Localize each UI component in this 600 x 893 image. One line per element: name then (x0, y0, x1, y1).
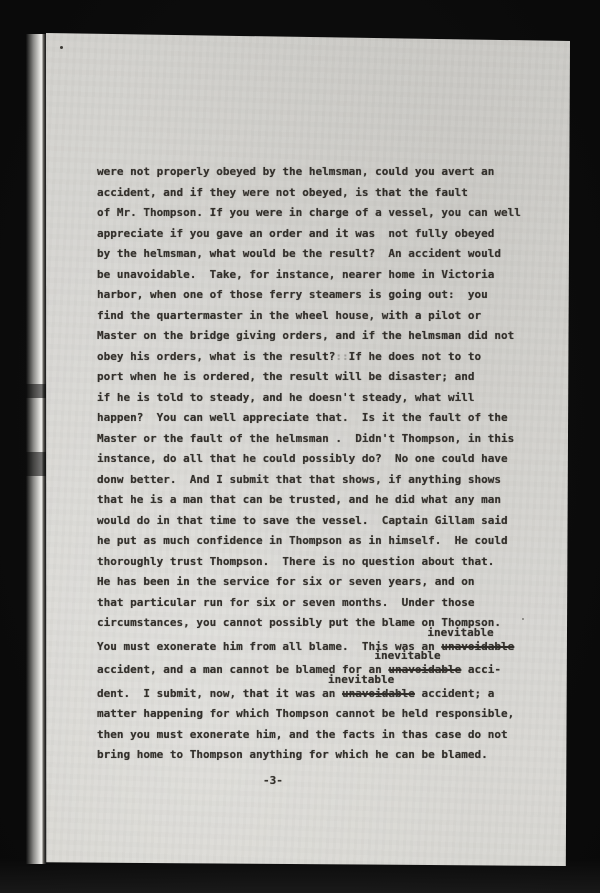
text-line: he put as much confidence in Thompson as… (97, 531, 547, 552)
inserted-word: inevitable (328, 674, 394, 685)
struck-out-word: unavoidable (388, 663, 461, 676)
text-line: bring home to Thompson anything for whic… (97, 745, 547, 766)
text-line: You must exonerate him from all blame. T… (97, 637, 547, 658)
text-line: matter happening for which Thompson cann… (97, 704, 547, 725)
text-line: accident, and a man cannot be blamed for… (97, 660, 547, 681)
text-line: thoroughly trust Thompson. There is no q… (97, 552, 547, 573)
text-line: donw better. And I submit that that show… (97, 470, 547, 491)
text-line: of Mr. Thompson. If you were in charge o… (97, 203, 547, 224)
page-number: -3- (97, 771, 547, 792)
text-segment: If he does not to to (349, 350, 481, 363)
struck-out-word: unavoidable (441, 640, 514, 653)
text-segment: obey his orders, what is the result? (97, 350, 335, 363)
film-binding-edge (26, 34, 46, 864)
text-line: accident, and if they were not obeyed, i… (97, 183, 547, 204)
microfilm-scan-frame: were not properly obeyed by the helmsman… (0, 0, 600, 893)
erased-characters: :: (335, 350, 348, 363)
text-line: appreciate if you gave an order and it w… (97, 224, 547, 245)
text-segment: acci- (461, 663, 501, 676)
text-line: Master or the fault of the helmsman . Di… (97, 429, 547, 450)
text-line: find the quartermaster in the wheel hous… (97, 306, 547, 327)
paper-speck (60, 46, 63, 49)
text-line: that he is a man that can be trusted, an… (97, 490, 547, 511)
typewritten-text-block: were not properly obeyed by the helmsman… (97, 162, 547, 791)
inserted-word: inevitable (427, 627, 493, 638)
text-line: instance, do all that he could possibly … (97, 449, 547, 470)
film-edge-notch (26, 384, 46, 398)
text-line: be unavoidable. Take, for instance, near… (97, 265, 547, 286)
text-line: then you must exonerate him, and the fac… (97, 725, 547, 746)
text-line: happen? You can well appreciate that. Is… (97, 408, 547, 429)
correction: inevitableunavoidable (388, 660, 461, 681)
document-page: were not properly obeyed by the helmsman… (46, 33, 570, 866)
text-line: were not properly obeyed by the helmsman… (97, 162, 547, 183)
struck-out-word: unavoidable (342, 687, 415, 700)
inserted-word: inevitable (374, 650, 440, 661)
text-line: port when he is ordered, the result will… (97, 367, 547, 388)
correction: inevitableunavoidable (441, 637, 514, 658)
text-line: He has been in the service for six or se… (97, 572, 547, 593)
text-line: by the helmsman, what would be the resul… (97, 244, 547, 265)
text-segment: dent. I submit, now, that it was an (97, 687, 342, 700)
correction: inevitableunavoidable (342, 684, 415, 705)
text-line: obey his orders, what is the result?::If… (97, 347, 547, 368)
text-line: dent. I submit, now, that it was an inev… (97, 684, 547, 705)
text-line: if he is told to steady, and he doesn't … (97, 388, 547, 409)
text-line: would do in that time to save the vessel… (97, 511, 547, 532)
text-segment: accident; a (415, 687, 494, 700)
text-line: Master on the bridge giving orders, and … (97, 326, 547, 347)
text-line: harbor, when one of those ferry steamers… (97, 285, 547, 306)
film-edge-notch (26, 452, 46, 476)
text-line: that particular run for six or seven mon… (97, 593, 547, 614)
